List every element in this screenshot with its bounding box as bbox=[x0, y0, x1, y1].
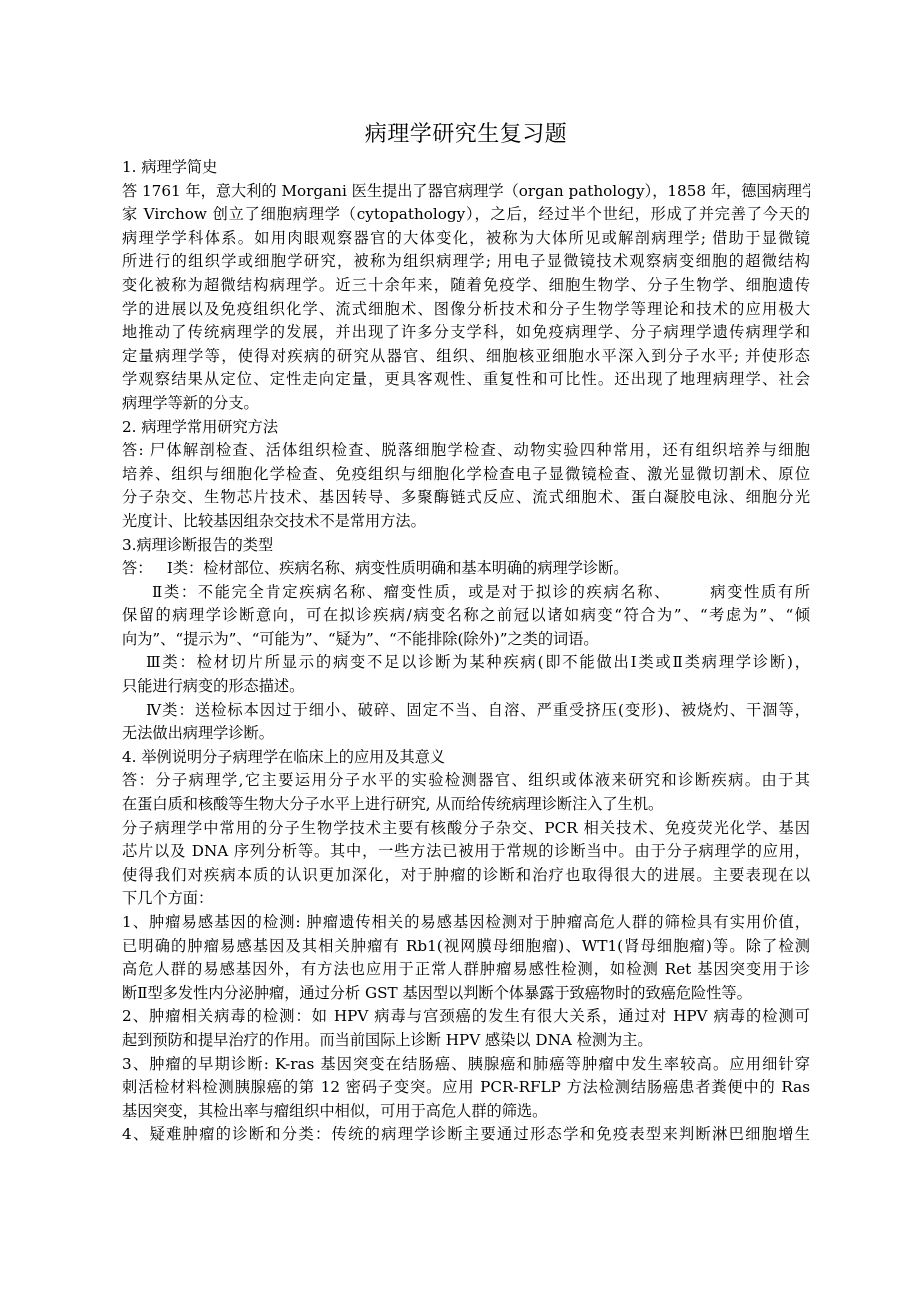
paragraph-line: 下几个方面： bbox=[122, 887, 810, 911]
paragraph-line: 2、肿瘤相关病毒的检测：如 HPV 病毒与宫颈癌的发生有很大关系，通过对 HPV… bbox=[122, 1005, 810, 1029]
paragraph-line: 光度计、比较基因组杂交技术不是常用方法。 bbox=[122, 510, 810, 534]
paragraph-line: Ⅳ类：送检标本因过于细小、破碎、固定不当、自溶、严重受挤压(变形)、被烧灼、干涸… bbox=[122, 699, 810, 723]
paragraph-line: 使得我们对疾病本质的认识更加深化，对于肿瘤的诊断和治疗也取得很大的进展。主要表现… bbox=[122, 864, 810, 888]
section-molecular-pathology: 4. 举例说明分子病理学在临床上的应用及其意义 答：分子病理学,它主要运用分子水… bbox=[122, 746, 810, 1147]
paragraph-line: 只能进行病变的形态描述。 bbox=[122, 675, 810, 699]
section-methods: 2. 病理学常用研究方法 答: 尸体解剖检查、活体组织检查、脱落细胞学检查、动物… bbox=[122, 416, 810, 534]
paragraph-line: 分子杂交、生物芯片技术、基因转导、多聚酶链式反应、流式细胞术、蛋白凝胶电泳、细胞… bbox=[122, 486, 810, 510]
paragraph-line: 所进行的组织学或细胞学研究，被称为组织病理学; 用电子显微镜技术观察病变细胞的超… bbox=[122, 250, 810, 274]
paragraph-line: 起到预防和提早治疗的作用。而当前国际上诊断 HPV 感染以 DNA 检测为主。 bbox=[122, 1029, 810, 1053]
section-heading: 2. 病理学常用研究方法 bbox=[122, 416, 810, 440]
paragraph-line: Ⅲ类：检材切片所显示的病变不足以诊断为某种疾病(即不能做出Ⅰ类或Ⅱ类病理学诊断)… bbox=[122, 651, 810, 675]
paragraph-line: 病理学学科体系。如用肉眼观察器官的大体变化，被称为大体所见或解剖病理学; 借助于… bbox=[122, 227, 810, 251]
paragraph-line: 基因突变，其检出率与瘤组织中相似，可用于高危人群的筛选。 bbox=[122, 1100, 810, 1124]
paragraph-line: 1、肿瘤易感基因的检测: 肿瘤遗传相关的易感基因检测对于肿瘤高危人群的筛检具有实… bbox=[122, 911, 810, 935]
section-report-types: 3.病理诊断报告的类型 答： Ⅰ类：检材部位、疾病名称、病变性质明确和基本明确的… bbox=[122, 534, 810, 746]
paragraph-line: 保留的病理学诊断意向，可在拟诊疾病/病变名称之前冠以诸如病变“符合为”、“考虑为… bbox=[122, 604, 810, 628]
paragraph-line: 变化被称为超微结构病理学。近三十余年来，随着免疫学、细胞生物学、分子生物学、细胞… bbox=[122, 274, 810, 298]
paragraph-line: 答： Ⅰ类：检材部位、疾病名称、病变性质明确和基本明确的病理学诊断。 bbox=[122, 557, 810, 581]
paragraph-line: 学的进展以及免疫组织化学、流式细胞术、图像分析技术和分子生物学等理论和技术的应用… bbox=[122, 298, 810, 322]
document-title: 病理学研究生复习题 bbox=[122, 120, 810, 156]
paragraph-line: 定量病理学等，使得对疾病的研究从器官、组织、细胞核亚细胞水平深入到分子水平; 并… bbox=[122, 345, 810, 369]
paragraph-line: Ⅱ类：不能完全肯定疾病名称、瘤变性质，或是对于拟诊的疾病名称、 病变性质有所 bbox=[122, 581, 810, 605]
paragraph-line: 答: 尸体解剖检查、活体组织检查、脱落细胞学检查、动物实验四种常用，还有组织培养… bbox=[122, 439, 810, 463]
section-history: 1. 病理学简史 答 1761 年，意大利的 Morgani 医生提出了器官病理… bbox=[122, 156, 810, 416]
paragraph-line: 向为”、“提示为”、“可能为”、“疑为”、“不能排除(除外)”之类的词语。 bbox=[122, 628, 810, 652]
paragraph-line: 培养、组织与细胞化学检查、免疫组织与细胞化学检查电子显微镜检查、激光显微切割术、… bbox=[122, 463, 810, 487]
paragraph-line: 分子病理学中常用的分子生物学技术主要有核酸分子杂交、PCR 相关技术、免疫荧光化… bbox=[122, 817, 810, 841]
section-heading: 3.病理诊断报告的类型 bbox=[122, 534, 810, 558]
paragraph-line: 病理学等新的分支。 bbox=[122, 392, 810, 416]
paragraph-line: 已明确的肿瘤易感基因及其相关肿瘤有 Rb1(视网膜母细胞瘤)、WT1(肾母细胞瘤… bbox=[122, 935, 810, 959]
paragraph-line: 高危人群的易感基因外，有方法也应用于正常人群肿瘤易感性检测，如检测 Ret 基因… bbox=[122, 958, 810, 982]
paragraph-line: 地推动了传统病理学的发展，并出现了许多分支学科，如免疫病理学、分子病理学遗传病理… bbox=[122, 321, 810, 345]
paragraph-line: 在蛋白质和核酸等生物大分子水平上进行研究, 从而给传统病理诊断注入了生机。 bbox=[122, 793, 810, 817]
paragraph-line: 刺活检材料检测胰腺癌的第 12 密码子变突。应用 PCR-RFLP 方法检测结肠… bbox=[122, 1076, 810, 1100]
paragraph-line: 3、肿瘤的早期诊断: K-ras 基因突变在结肠癌、胰腺癌和肺癌等肿瘤中发生率较… bbox=[122, 1053, 810, 1077]
paragraph-line: 学观察结果从定位、定性走向定量，更具客观性、重复性和可比性。还出现了地理病理学、… bbox=[122, 368, 810, 392]
paragraph-line: 答 1761 年，意大利的 Morgani 医生提出了器官病理学（organ p… bbox=[122, 180, 810, 204]
paragraph-line: 芯片以及 DNA 序列分析等。其中，一些方法已被用于常规的诊断当中。由于分子病理… bbox=[122, 840, 810, 864]
section-heading: 4. 举例说明分子病理学在临床上的应用及其意义 bbox=[122, 746, 810, 770]
paragraph-line: 答：分子病理学,它主要运用分子水平的实验检测器官、组织或体液来研究和诊断疾病。由… bbox=[122, 769, 810, 793]
paragraph-line: 断Ⅱ型多发性内分泌肿瘤，通过分析 GST 基因型以判断个体暴露于致癌物时的致癌危… bbox=[122, 982, 810, 1006]
document-page: 病理学研究生复习题 1. 病理学简史 答 1761 年，意大利的 Morgani… bbox=[122, 120, 810, 1147]
paragraph-line: 4、疑难肿瘤的诊断和分类：传统的病理学诊断主要通过形态学和免疫表型来判断淋巴细胞… bbox=[122, 1123, 810, 1147]
section-heading: 1. 病理学简史 bbox=[122, 156, 810, 180]
paragraph-line: 家 Virchow 创立了细胞病理学（cytopathology），之后，经过半… bbox=[122, 203, 810, 227]
paragraph-line: 无法做出病理学诊断。 bbox=[122, 722, 810, 746]
